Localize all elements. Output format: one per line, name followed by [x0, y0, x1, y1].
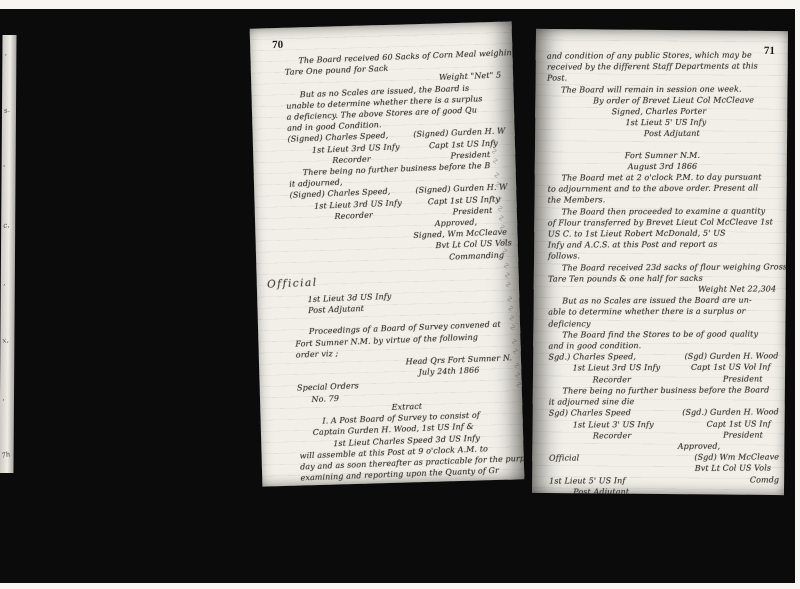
signature-right: Capt 1st US Vol Inf — [691, 362, 771, 374]
handwritten-line: By order of Brevet Lieut Col McCleave — [593, 94, 777, 106]
handwriting-page-70: The Board received 60 Sacks of Corn Meal… — [250, 21, 525, 486]
handwritten-line: Post Adjutant — [644, 128, 777, 140]
handwritten-line: to adjournment and to the above order. P… — [548, 183, 778, 195]
handwritten-line: Approved, — [678, 440, 779, 452]
signature-right: (Sgd.) Gurden H. Wood — [682, 407, 779, 419]
ledger-page-71: 71 and condition of any public Stores, w… — [532, 29, 788, 495]
signature-left: Recorder — [334, 209, 373, 222]
handwritten-line: 1st Lieut 5' US Infy — [625, 117, 777, 129]
handwritten-line: RecorderPresident — [549, 429, 779, 441]
handwritten-line: Bvt Lt Col US Vols — [549, 463, 779, 475]
handwritten-line: of Flour transferred by Brevet Lieut Col… — [548, 216, 778, 228]
handwriting-page-71: and condition of any public Stores, whic… — [533, 29, 787, 494]
handwritten-line: able to determine whether there is a sur… — [548, 306, 778, 318]
handwritten-line: s. — [1, 105, 16, 115]
handwritten-line: Post Adjutant — [549, 485, 779, 495]
handwritten-line: , — [0, 393, 15, 403]
handwritten-line: The Board received 23d sacks of flour we… — [548, 261, 778, 273]
signature-right: Comdg — [750, 474, 779, 485]
signature-left: 1st Lieut 3rd US Infy — [573, 362, 661, 374]
handwritten-line: , — [0, 278, 15, 288]
handwritten-line: , — [2, 47, 17, 57]
signature-left: Sgd.) Charles Speed, — [548, 351, 636, 363]
previous-page-edge: ,s.'c,,x,,7h — [0, 35, 17, 473]
signature-right: Bvt Lt Col US Vols — [695, 463, 771, 475]
signature-left: Post Adjutant — [573, 486, 629, 495]
signature-left: 1st Lieut 5' US Inf — [549, 475, 625, 487]
handwritten-line: Signed, Charles Porter — [612, 105, 778, 117]
signature-left: Recorder — [593, 374, 631, 385]
handwritten-line: There being no further business before t… — [549, 384, 779, 396]
handwritten-line: ' — [1, 163, 16, 173]
signature-right: President — [723, 429, 763, 440]
microfilm-scan-frame: ,s.'c,,x,,7h 70 The Board received 60 Sa… — [0, 0, 800, 589]
signature-right: President — [723, 373, 763, 384]
handwritten-line: 7h — [0, 450, 14, 460]
signature-right: President — [452, 205, 492, 218]
signature-left: Sgd) Charles Speed — [549, 407, 631, 419]
signature-right: (Sgd) Wm McCleave — [694, 451, 779, 463]
handwritten-line: received by the different Staff Departme… — [547, 61, 777, 73]
film-background: ,s.'c,,x,,7h 70 The Board received 60 Sa… — [0, 9, 795, 583]
signature-left: Official — [549, 453, 579, 464]
handwritten-line: c, — [1, 220, 16, 230]
handwritten-line: x, — [0, 335, 15, 345]
ledger-page-70: 70 The Board received 60 Sacks of Corn M… — [250, 21, 525, 486]
signature-left: 1st Lieut 3' US Infy — [573, 419, 654, 431]
handwritten-line: The Board find the Stores to be of good … — [548, 328, 778, 340]
signature-right: (Sgd) Gurden H. Wood — [685, 351, 779, 363]
signature-right: Capt 1st US Inf — [707, 418, 771, 430]
signature-left: Recorder — [593, 430, 631, 441]
